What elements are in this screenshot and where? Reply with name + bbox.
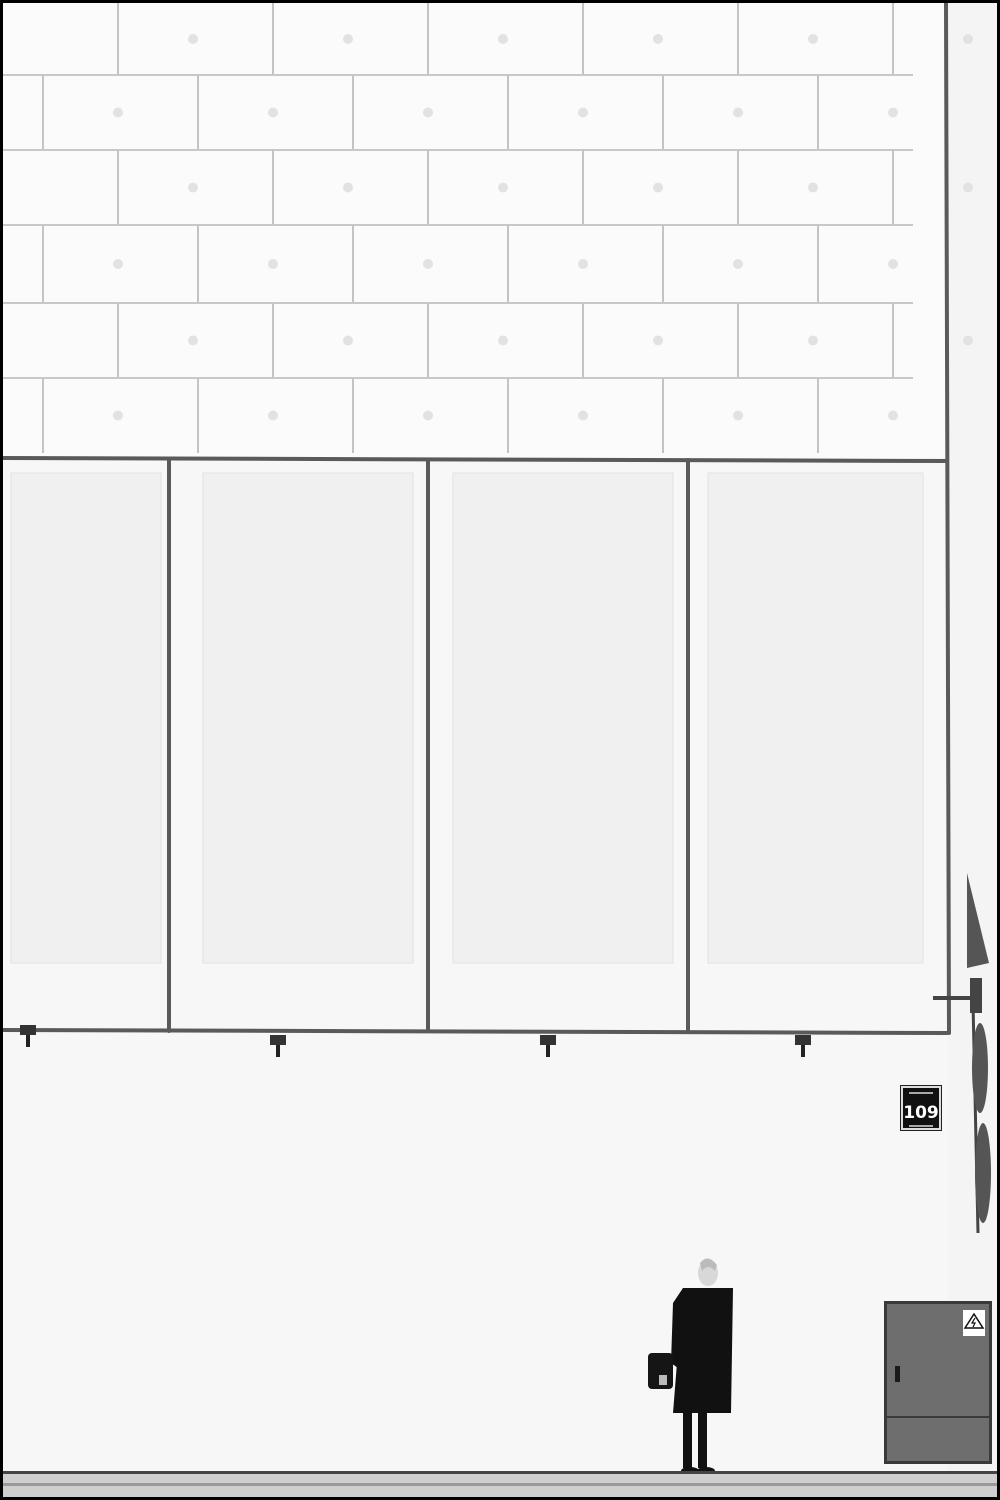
sign-text-line <box>909 1092 933 1094</box>
sidewalk <box>3 1471 997 1497</box>
sidewalk-stripe <box>3 1483 997 1486</box>
utility-box-seam <box>887 1416 989 1418</box>
woman-figure <box>648 1258 733 1475</box>
utility-box <box>884 1301 992 1464</box>
sign-text-line <box>909 1125 933 1127</box>
curb <box>3 1471 997 1474</box>
photograph: 109 <box>3 3 997 1497</box>
utility-box-handle <box>895 1366 900 1382</box>
warning-label <box>963 1310 985 1336</box>
facade-drawing <box>3 3 997 1497</box>
warning-triangle-icon <box>963 1310 985 1336</box>
house-number-sign: 109 <box>901 1086 941 1130</box>
house-number: 109 <box>903 1104 939 1122</box>
